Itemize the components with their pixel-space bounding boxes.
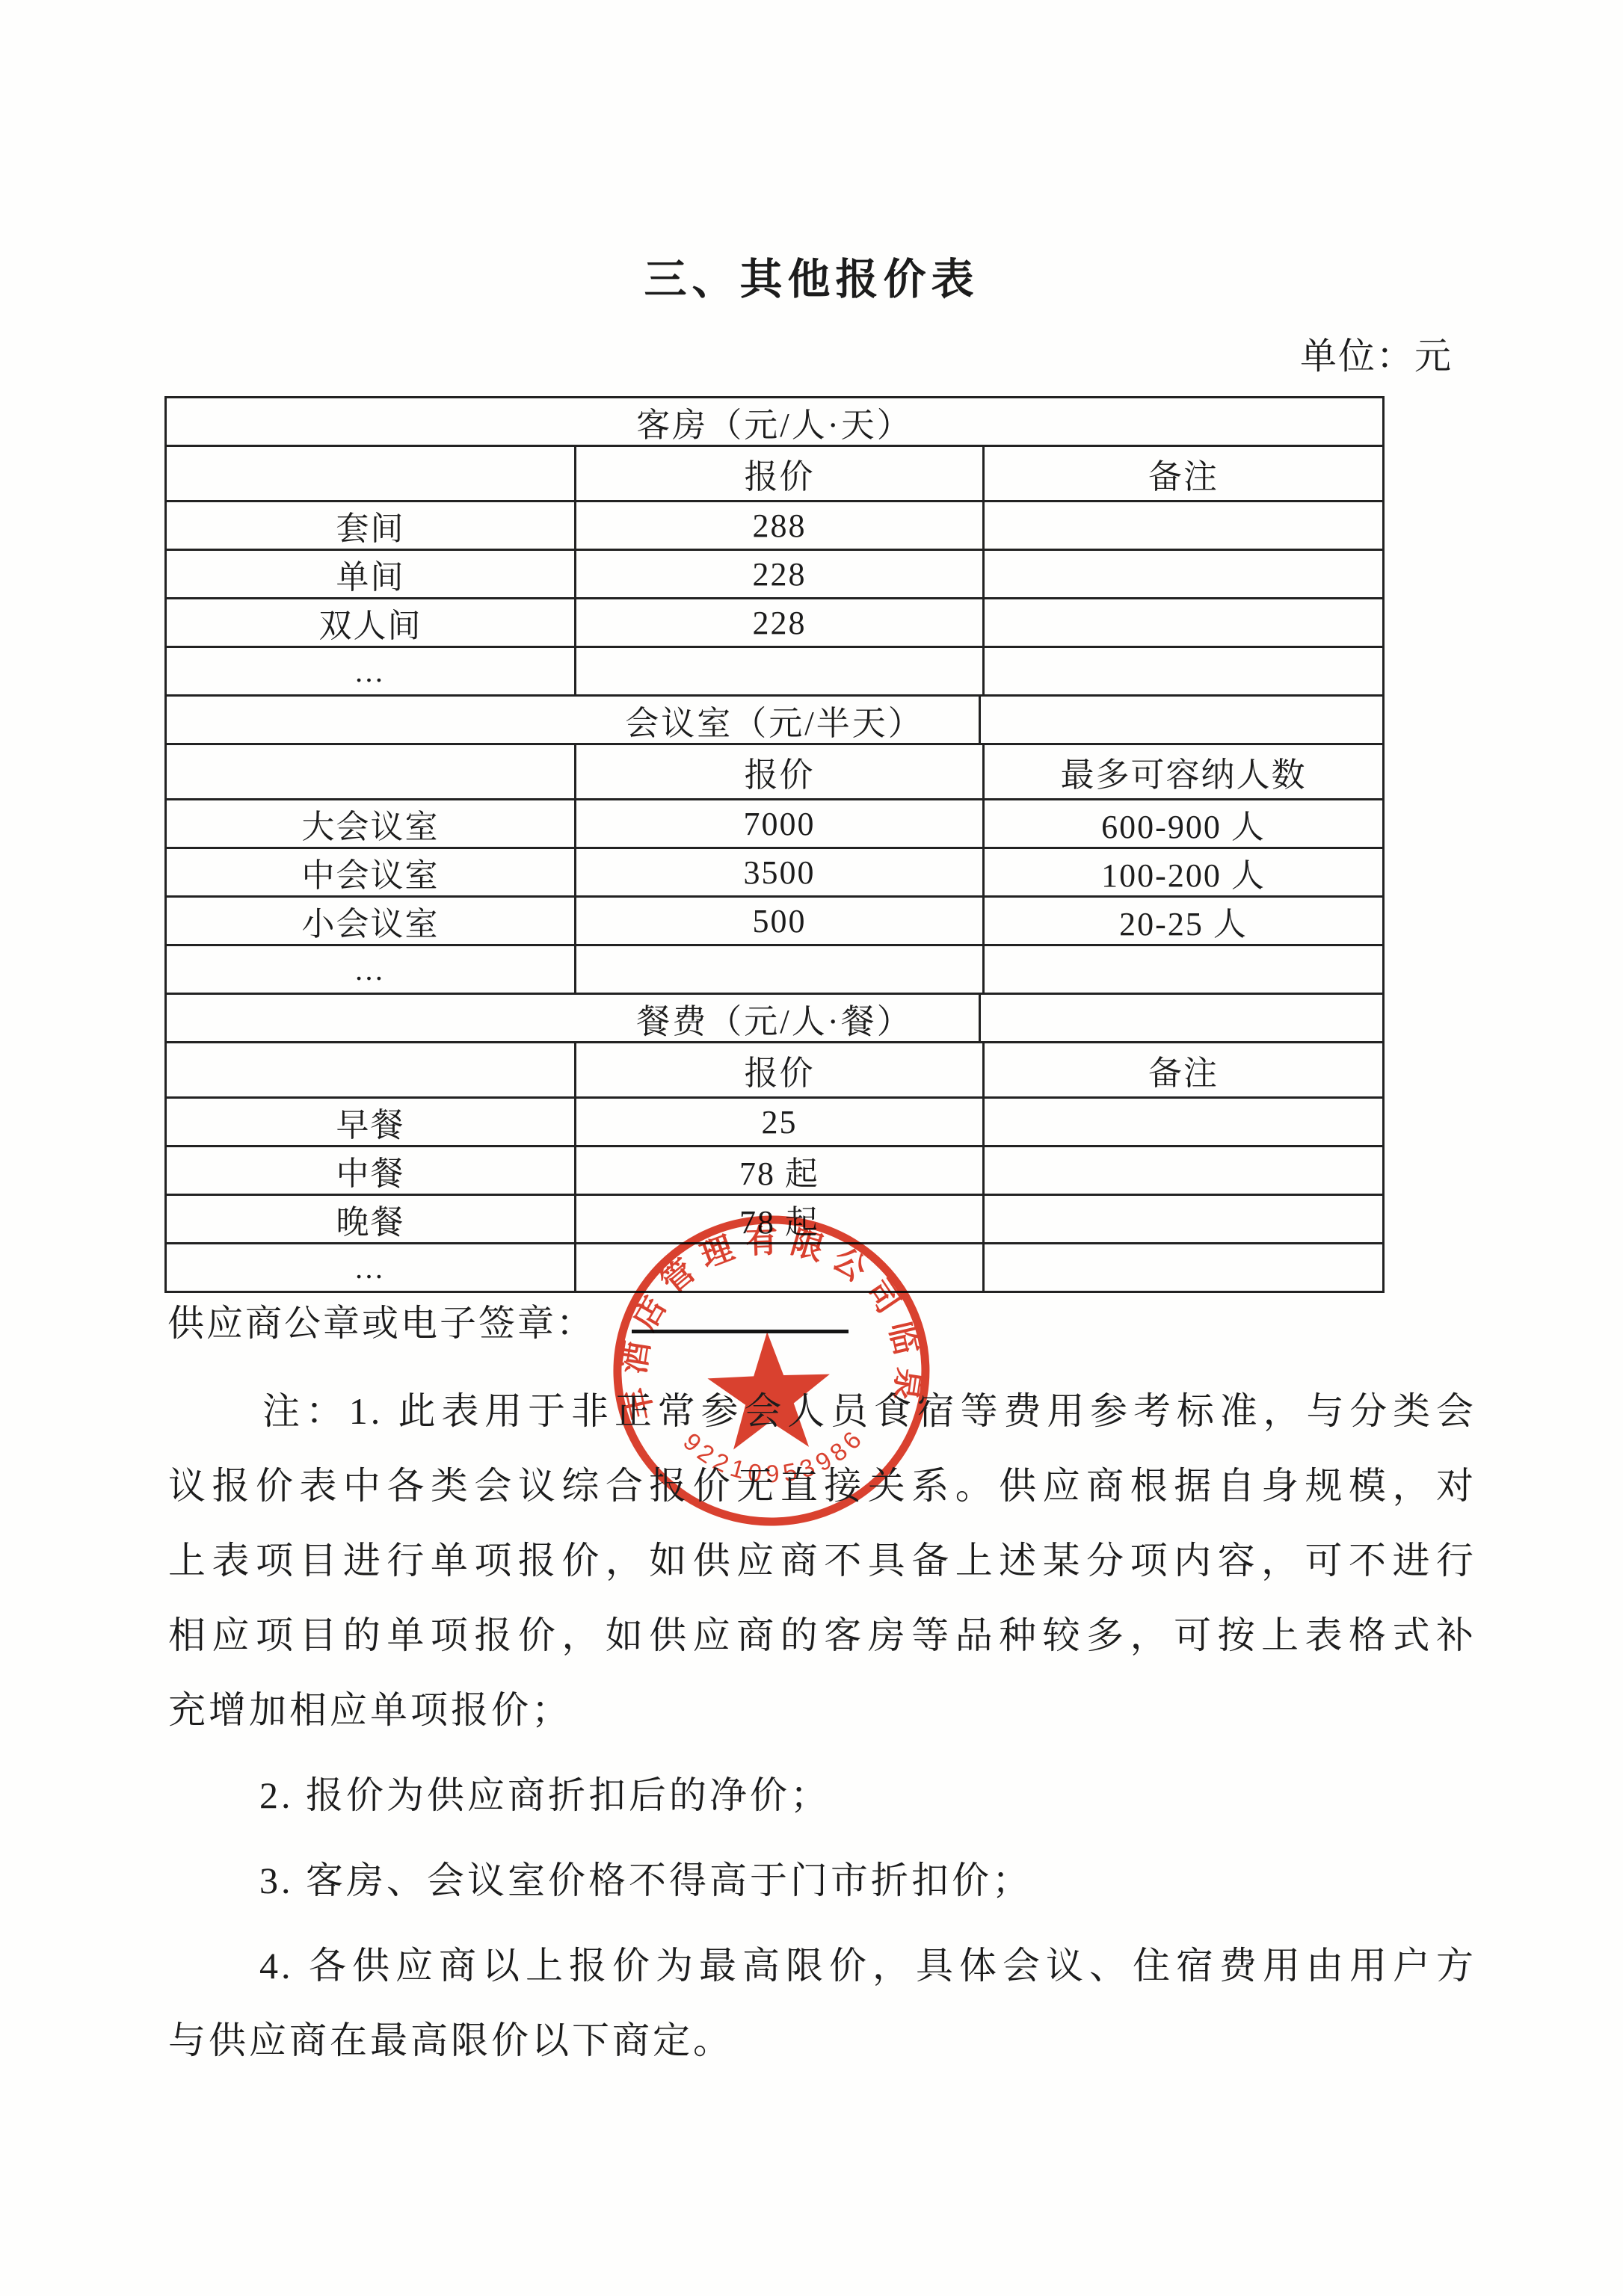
row-label-cell: … (167, 1244, 576, 1291)
note-line: 3. 客房、会议室价格不得高于门市折扣价； (168, 1843, 1476, 1918)
table-row: … (167, 946, 1382, 995)
column-divider (979, 995, 981, 1041)
price-cell: 228 (576, 551, 985, 597)
row-label-cell: 双人间 (167, 599, 576, 646)
section-title: 会议室（元/半天） (625, 696, 924, 744)
price-cell: 288 (576, 502, 985, 549)
remark-cell: 600-900 人 (985, 800, 1382, 847)
unit-label: 单位：元 (1300, 327, 1453, 380)
price-cell (576, 648, 985, 694)
column-header-cell: 最多可容纳人数 (985, 745, 1382, 798)
row-label-cell: 套间 (167, 502, 576, 549)
note-line: 上表项目进行单项报价，如供应商不具备上述某分项内容，可不进行 (168, 1523, 1476, 1598)
row-label-cell: 晚餐 (167, 1196, 576, 1242)
row-label-cell: 单间 (167, 551, 576, 597)
column-header-cell: 报价 (576, 745, 985, 798)
table-row: 中会议室3500100-200 人 (167, 849, 1382, 898)
remark-cell: 100-200 人 (985, 849, 1382, 895)
price-cell: 7000 (576, 800, 985, 847)
remark-cell (985, 1196, 1382, 1242)
row-label-cell: … (167, 648, 576, 694)
table-row: 单间228 (167, 551, 1382, 599)
row-label-cell: 小会议室 (167, 898, 576, 944)
column-header-cell (167, 745, 576, 798)
table-row: 套间288 (167, 502, 1382, 551)
remark-cell (985, 1147, 1382, 1194)
row-label-cell: 大会议室 (167, 800, 576, 847)
price-cell: 78 起 (576, 1147, 985, 1194)
column-header-cell: 报价 (576, 447, 985, 500)
remark-cell (985, 1244, 1382, 1291)
row-label-cell: 早餐 (167, 1099, 576, 1145)
remark-cell (985, 648, 1382, 694)
table-row: 中餐78 起 (167, 1147, 1382, 1196)
column-header-cell (167, 1043, 576, 1096)
column-header-cell (167, 447, 576, 500)
notes-block: 注：1. 此表用于非正常参会人员食宿等费用参考标准，与分类会议报价表中各类会议综… (168, 1374, 1476, 2078)
table-row: 小会议室50020-25 人 (167, 898, 1382, 946)
price-cell: 500 (576, 898, 985, 944)
price-cell (576, 946, 985, 993)
price-table: 客房（元/人·天）报价备注套间288单间228双人间228…会议室（元/半天）报… (164, 396, 1385, 1293)
column-header-cell: 备注 (985, 1043, 1382, 1096)
remark-cell (985, 1099, 1382, 1145)
note-line: 注：1. 此表用于非正常参会人员食宿等费用参考标准，与分类会 (168, 1374, 1476, 1448)
remark-cell (985, 502, 1382, 549)
note-line: 2. 报价为供应商折扣后的净价； (168, 1758, 1476, 1833)
remark-cell (985, 599, 1382, 646)
price-cell: 228 (576, 599, 985, 646)
row-label-cell: 中餐 (167, 1147, 576, 1194)
document-page: { "page": { "title": "三、其他报价表", "unit_la… (0, 0, 1623, 2296)
table-row: 早餐25 (167, 1099, 1382, 1147)
price-cell: 25 (576, 1099, 985, 1145)
note-line: 充增加相应单项报价； (168, 1673, 1476, 1747)
table-row: 大会议室7000600-900 人 (167, 800, 1382, 849)
column-header-row: 报价备注 (167, 447, 1382, 502)
note-line: 相应项目的单项报价，如供应商的客房等品种较多，可按上表格式补 (168, 1598, 1476, 1673)
column-header-row: 报价备注 (167, 1043, 1382, 1099)
column-header-cell: 备注 (985, 447, 1382, 500)
section-header-row: 客房（元/人·天） (167, 398, 1382, 447)
remark-cell: 20-25 人 (985, 898, 1382, 944)
section-title: 餐费（元/人·餐） (636, 994, 913, 1043)
column-divider (979, 697, 981, 743)
remark-cell (985, 946, 1382, 993)
remark-cell (985, 551, 1382, 597)
page-title: 三、其他报价表 (0, 245, 1623, 306)
row-label-cell: 中会议室 (167, 849, 576, 895)
signature-label: 供应商公章或电子签章： (167, 1294, 595, 1347)
table-row: … (167, 648, 1382, 697)
note-line: 4. 各供应商以上报价为最高限价，具体会议、住宿费用由用户方 (168, 1928, 1476, 2003)
section-header-row: 会议室（元/半天） (167, 697, 1382, 745)
note-line: 议报价表中各类会议综合报价无直接关系。供应商根据自身规模，对 (168, 1448, 1476, 1523)
section-header-row: 餐费（元/人·餐） (167, 995, 1382, 1043)
column-header-cell: 报价 (576, 1043, 985, 1096)
column-header-row: 报价最多可容纳人数 (167, 745, 1382, 800)
row-label-cell: … (167, 946, 576, 993)
price-cell: 3500 (576, 849, 985, 895)
note-line: 与供应商在最高限价以下商定。 (168, 2003, 1476, 2078)
table-row: 双人间228 (167, 599, 1382, 648)
section-title: 客房（元/人·天） (636, 398, 913, 446)
